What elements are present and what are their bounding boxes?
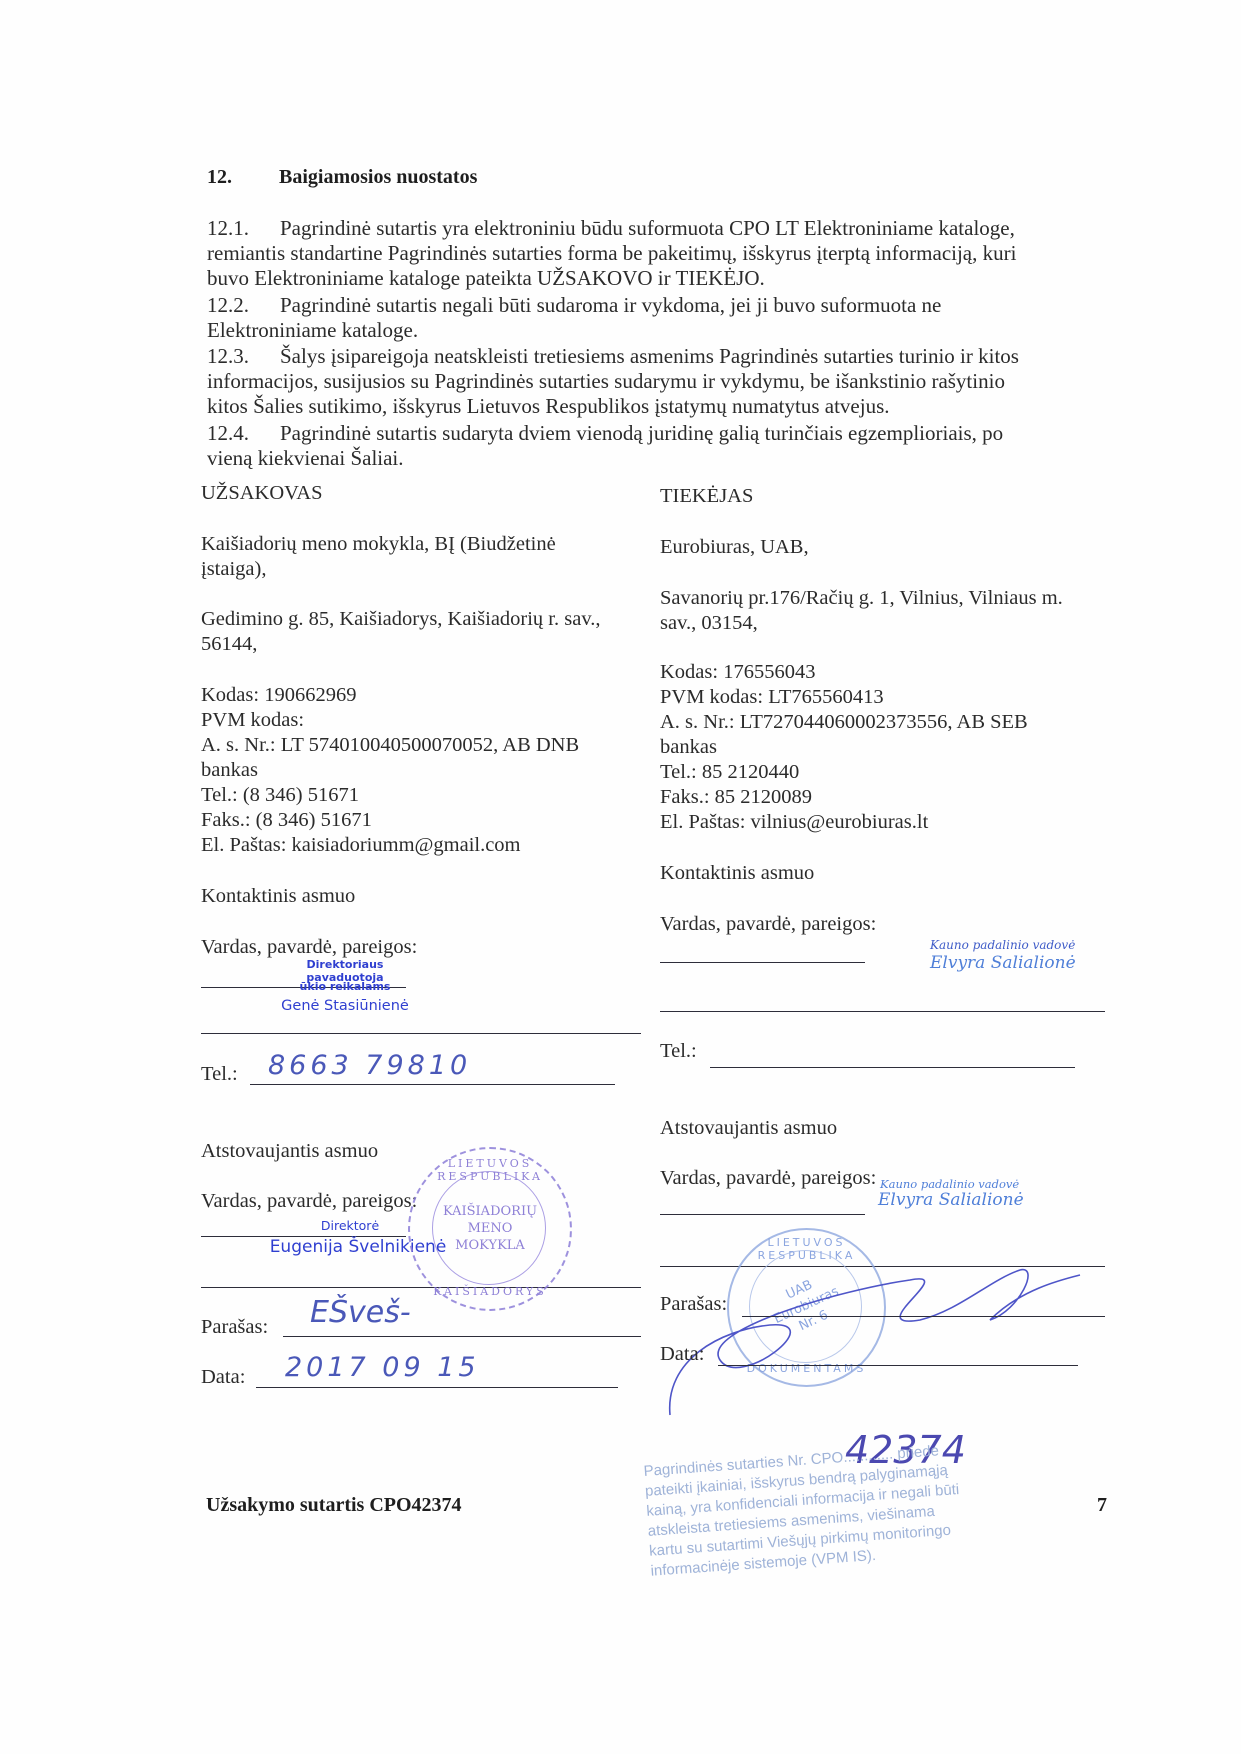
customer-bank: bankas [201, 758, 641, 783]
supplier-date-line [718, 1365, 1078, 1366]
customer-email: El. Paštas: kaisiadoriumm@gmail.com [201, 833, 641, 858]
clause-12-1: 12.1.Pagrindinė sutartis yra elektronini… [207, 216, 1087, 291]
supplier-phone: Tel.: 85 2120440 [660, 760, 1120, 785]
customer-contact-name-label: Vardas, pavardė, pareigos: [201, 935, 641, 960]
supplier-signature-icon [660, 1250, 1100, 1420]
supplier-contact-name-stamp: Elvyra Salialionė [930, 953, 1076, 973]
supplier-email: El. Paštas: vilnius@eurobiuras.lt [660, 810, 1120, 835]
supplier-contact-name-label: Vardas, pavardė, pareigos: [660, 912, 1120, 937]
supplier-account: A. s. Nr.: LT727044060002373556, AB SEB [660, 710, 1120, 735]
contact-position-stamp-2: ūkio reikalams [270, 980, 420, 993]
supplier-contact-phone-label: Tel.: [660, 1039, 1120, 1064]
handwritten-phone: 8663 79810 [268, 1050, 471, 1081]
customer-name-line: Kaišiadorių meno mokykla, BĮ (Biudžetinė [201, 532, 641, 557]
supplier-vat-code: PVM kodas: LT765560413 [660, 685, 1120, 710]
customer-account: A. s. Nr.: LT 574010040500070052, AB DNB [201, 733, 641, 758]
clause-line: buvo Elektroniniame kataloge pateikta UŽ… [207, 266, 1087, 291]
customer-contact-heading: Kontaktinis asmuo [201, 884, 641, 909]
clause-line: vieną kiekvienai Šaliai. [207, 446, 1087, 471]
supplier-bank: bankas [660, 735, 1120, 760]
customer-contact-phone-line [250, 1084, 615, 1085]
supplier-address: Savanorių pr.176/Račių g. 1, Vilnius, Vi… [660, 586, 1120, 636]
clause-12-4: 12.4.Pagrindinė sutartis sudaryta dviem … [207, 421, 1087, 471]
clause-number: 12.2. [207, 293, 280, 318]
handwritten-date: 2017 09 15 [285, 1352, 480, 1383]
supplier-name: Eurobiuras, UAB, [660, 535, 1120, 560]
customer-seal-bottom-text: KAIŠIADORYS [410, 1285, 570, 1298]
clause-number: 12.3. [207, 344, 280, 369]
supplier-contact-extra-line [660, 1011, 1105, 1012]
customer-vat-code: PVM kodas: [201, 708, 641, 733]
supplier-contact-position-stamp: Kauno padalinio vadovė [930, 938, 1075, 952]
footer-contract-title: Užsakymo sutartis CPO42374 [206, 1494, 462, 1517]
customer-details: Kodas: 190662969 PVM kodas: A. s. Nr.: L… [201, 683, 641, 858]
clause-line: Pagrindinė sutartis yra elektroniniu būd… [280, 216, 1015, 240]
customer-name-line: įstaiga), [201, 557, 641, 582]
supplier-code: Kodas: 176556043 [660, 660, 1120, 685]
customer-address-line: Gedimino g. 85, Kaišiadorys, Kaišiadorių… [201, 607, 641, 632]
supplier-signature-line [742, 1316, 1105, 1317]
customer-code: Kodas: 190662969 [201, 683, 641, 708]
confidentiality-stamp: Pagrindinės sutarties Nr. CPO...........… [643, 1438, 991, 1581]
supplier-fax: Faks.: 85 2120089 [660, 785, 1120, 810]
supplier-address-line: Savanorių pr.176/Račių g. 1, Vilnius, Vi… [660, 586, 1120, 611]
clause-line: Pagrindinė sutartis sudaryta dviem vieno… [280, 421, 1003, 445]
section-heading: 12.Baigiamosios nuostatos [207, 166, 477, 189]
section-number: 12. [207, 166, 279, 189]
clause-number: 12.4. [207, 421, 280, 446]
clause-line: remiantis standartine Pagrindinės sutart… [207, 241, 1087, 266]
customer-seal-outer-text: LIETUVOS RESPUBLIKA [410, 1157, 570, 1183]
clause-line: Šalys įsipareigoja neatskleisti tretiesi… [280, 344, 1019, 368]
supplier-rep-position-stamp: Kauno padalinio vadovė [880, 1177, 1019, 1191]
clause-12-2: 12.2.Pagrindinė sutartis negali būti sud… [207, 293, 1087, 343]
customer-address-line: 56144, [201, 632, 641, 657]
supplier-heading: TIEKĖJAS [660, 484, 1120, 509]
customer-address: Gedimino g. 85, Kaišiadorys, Kaišiadorių… [201, 607, 641, 657]
supplier-details: Kodas: 176556043 PVM kodas: LT765560413 … [660, 660, 1120, 835]
page-number: 7 [1097, 1494, 1107, 1517]
supplier-rep-name-stamp: Elvyra Salialionė [878, 1190, 1024, 1210]
seal-line: KAIŠIADORIŲ [410, 1203, 570, 1220]
customer-seal: LIETUVOS RESPUBLIKA KAIŠIADORIŲ MENO MOK… [408, 1147, 572, 1311]
document-page: 12.Baigiamosios nuostatos 12.1.Pagrindin… [0, 0, 1241, 1754]
clause-line: Pagrindinė sutartis negali būti sudaroma… [280, 293, 941, 317]
customer-date-line [256, 1387, 618, 1388]
supplier-signature-label: Parašas: [660, 1292, 1120, 1317]
customer-heading: UŽSAKOVAS [201, 481, 641, 506]
clause-line: kitos Šalies sutikimo, išskyrus Lietuvos… [207, 394, 1087, 419]
supplier-contact-name-line [660, 962, 865, 963]
clause-12-3: 12.3.Šalys įsipareigoja neatskleisti tre… [207, 344, 1087, 419]
customer-seal-inner-text: KAIŠIADORIŲ MENO MOKYKLA [410, 1203, 570, 1254]
customer-signature: EŠveš- [310, 1295, 411, 1330]
rep-position-stamp: Direktorė [300, 1218, 400, 1233]
customer-contact-extra-line [201, 1033, 641, 1034]
customer-fax: Faks.: (8 346) 51671 [201, 808, 641, 833]
supplier-contact-phone-line [710, 1067, 1075, 1068]
supplier-rep-name-line [660, 1214, 865, 1215]
seal-line: MOKYKLA [410, 1237, 570, 1254]
seal-line: MENO [410, 1220, 570, 1237]
supplier-rep-heading: Atstovaujantis asmuo [660, 1116, 1120, 1141]
supplier-name-line: Eurobiuras, UAB, [660, 535, 1120, 560]
supplier-address-line: sav., 03154, [660, 611, 1120, 636]
customer-phone: Tel.: (8 346) 51671 [201, 783, 641, 808]
clause-line: Elektroniniame kataloge. [207, 318, 1087, 343]
section-title: Baigiamosios nuostatos [279, 166, 477, 188]
supplier-contact-heading: Kontaktinis asmuo [660, 861, 1120, 886]
contact-name-stamp: Genė Stasiūnienė [270, 998, 420, 1014]
customer-signature-line [283, 1336, 641, 1337]
clause-number: 12.1. [207, 216, 280, 241]
clause-line: informacijos, susijusios su Pagrindinės … [207, 369, 1087, 394]
supplier-date-label: Data: [660, 1342, 1120, 1367]
customer-name: Kaišiadorių meno mokykla, BĮ (Biudžetinė… [201, 532, 641, 582]
